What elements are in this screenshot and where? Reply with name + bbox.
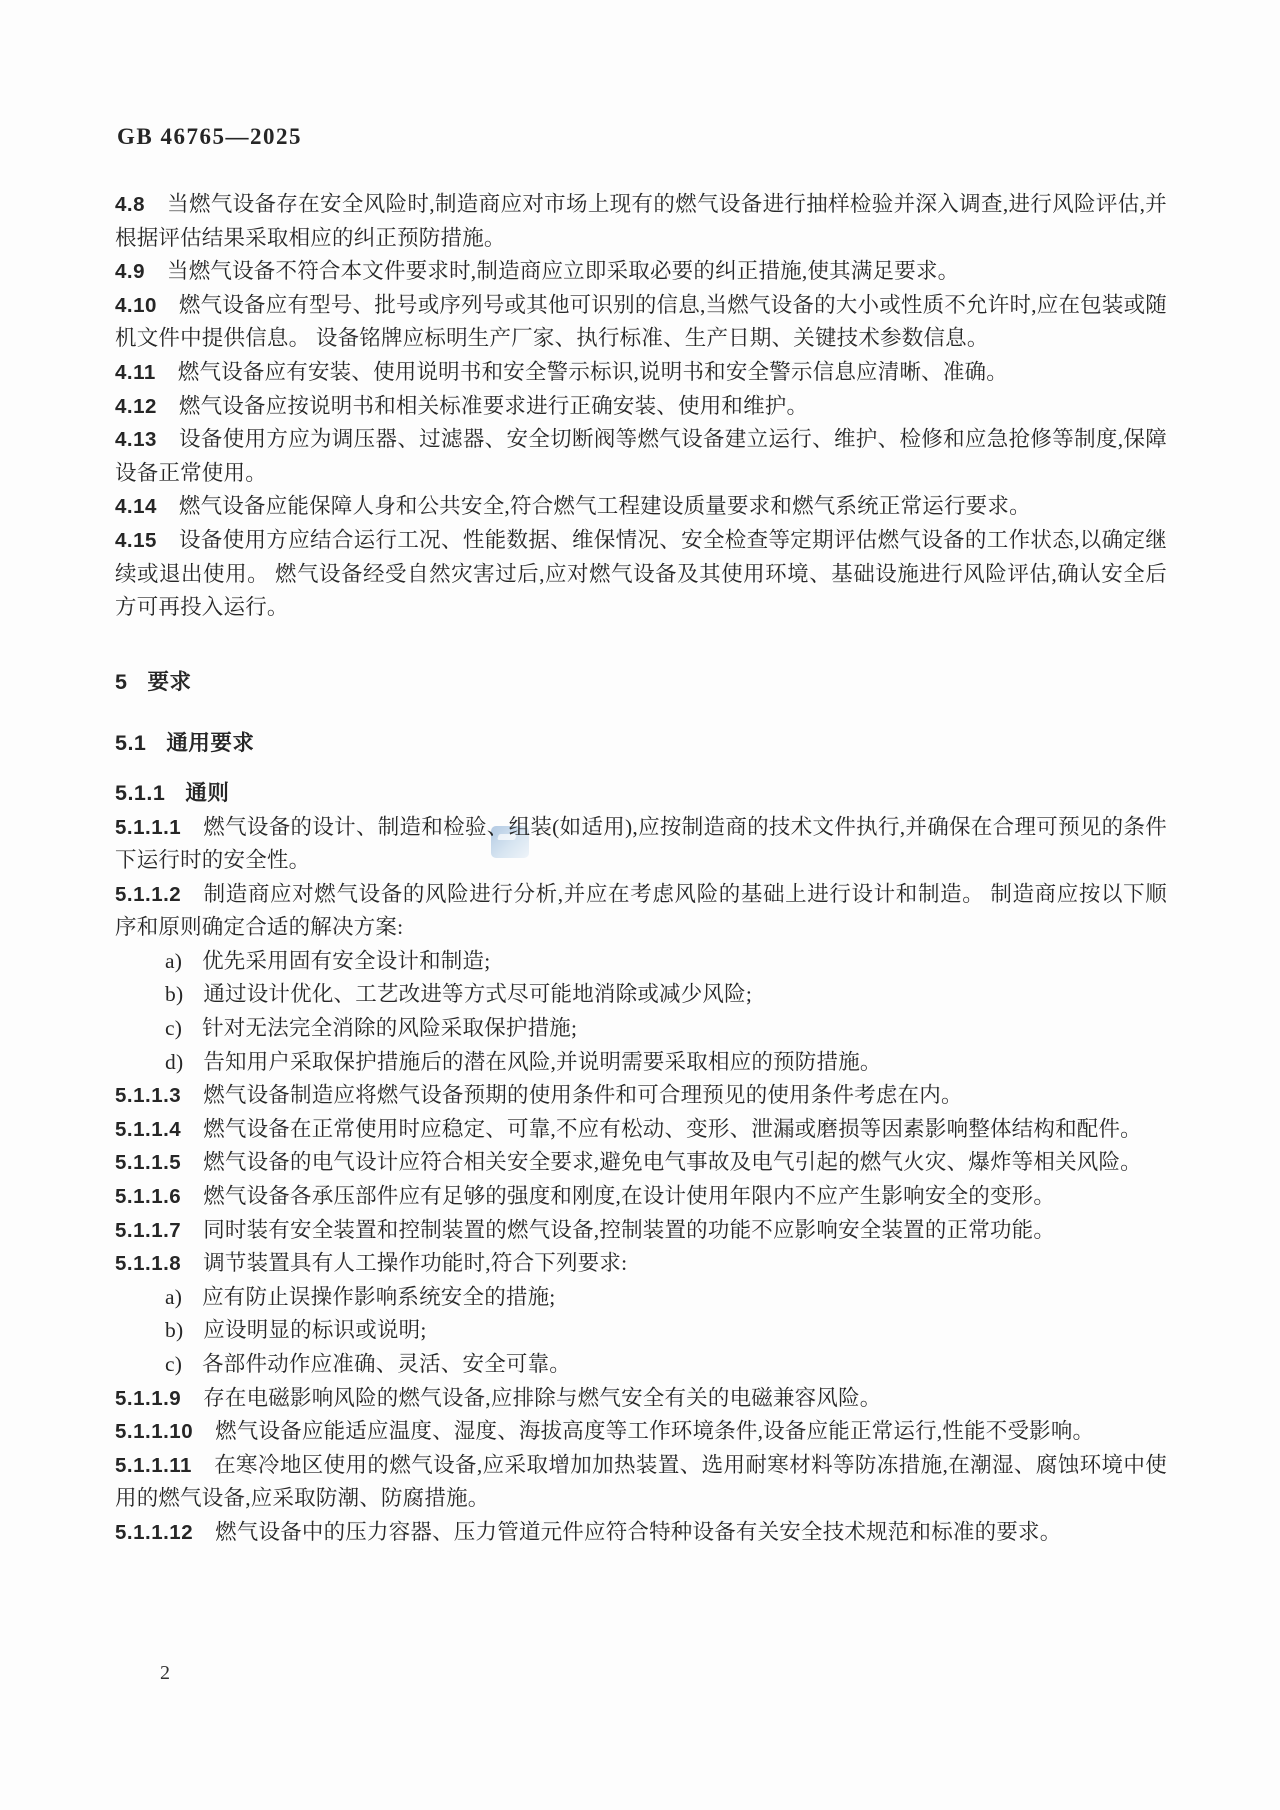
document-page: GB 46765—2025 4.8当燃气设备存在安全风险时,制造商应对市场上现有… (0, 0, 1280, 1810)
clause-text: 调节装置具有人工操作功能时,符合下列要求: (203, 1251, 627, 1275)
clause-4-15: 4.15设备使用方应结合运行工况、性能数据、维保情况、安全检查等定期评估燃气设备… (115, 524, 1167, 625)
document-body: 4.8当燃气设备存在安全风险时,制造商应对市场上现有的燃气设备进行抽样检验并深入… (115, 188, 1167, 1550)
clause-5-1-1-3: 5.1.1.3燃气设备制造应将燃气设备预期的使用条件和可合理预见的使用条件考虑在… (115, 1079, 1167, 1113)
list-item-c2: c)各部件动作应准确、灵活、安全可靠。 (115, 1348, 1167, 1382)
clause-number: 4.15 (115, 529, 179, 552)
clause-text: 燃气设备应能适应温度、湿度、海拔高度等工作环境条件,设备应能正常运行,性能不受影… (215, 1419, 1094, 1443)
clause-4-11: 4.11燃气设备应有安装、使用说明书和安全警示标识,说明书和安全警示信息应清晰、… (115, 356, 1167, 390)
list-item-text: 通过设计优化、工艺改进等方式尽可能地消除或减少风险; (203, 982, 752, 1006)
clause-number: 4.13 (115, 428, 179, 451)
clause-number: 5.1.1.2 (115, 883, 203, 906)
clause-4-13: 4.13设备使用方应为调压器、过滤器、安全切断阀等燃气设备建立运行、维护、检修和… (115, 423, 1167, 490)
clause-text: 燃气设备应能保障人身和公共安全,符合燃气工程建设质量要求和燃气系统正常运行要求。 (179, 494, 1031, 518)
list-item-text: 各部件动作应准确、灵活、安全可靠。 (202, 1352, 571, 1376)
clause-text: 设备使用方应结合运行工况、性能数据、维保情况、安全检查等定期评估燃气设备的工作状… (115, 528, 1167, 619)
clause-number: 5.1.1.12 (115, 1521, 215, 1544)
clause-text: 同时装有安全装置和控制装置的燃气设备,控制装置的功能不应影响安全装置的正常功能。 (203, 1218, 1055, 1242)
list-item-b2: b)应设明显的标识或说明; (115, 1314, 1167, 1348)
section-heading-5: 5要求 (115, 666, 1167, 700)
section-heading-5-1-1: 5.1.1通则 (115, 777, 1167, 811)
clause-number: 5.1.1.9 (115, 1387, 203, 1410)
list-item-label: d) (165, 1050, 203, 1074)
list-item-a2: a)应有防止误操作影响系统安全的措施; (115, 1281, 1167, 1315)
clause-text: 制造商应对燃气设备的风险进行分析,并应在考虑风险的基础上进行设计和制造。 制造商… (115, 882, 1167, 940)
clause-text: 燃气设备各承压部件应有足够的强度和刚度,在设计使用年限内不应产生影响安全的变形。 (203, 1184, 1055, 1208)
clause-text: 燃气设备应有型号、批号或序列号或其他可识别的信息,当燃气设备的大小或性质不允许时… (115, 293, 1167, 351)
clause-number: 4.8 (115, 193, 167, 216)
clause-text: 燃气设备的电气设计应符合相关安全要求,避免电气事故及电气引起的燃气火灾、爆炸等相… (203, 1150, 1142, 1174)
list-item-a: a)优先采用固有安全设计和制造; (115, 945, 1167, 979)
list-item-text: 针对无法完全消除的风险采取保护措施; (202, 1016, 577, 1040)
list-item-label: a) (165, 949, 202, 973)
clause-5-1-1-10: 5.1.1.10燃气设备应能适应温度、湿度、海拔高度等工作环境条件,设备应能正常… (115, 1415, 1167, 1449)
clause-number: 4.11 (115, 361, 178, 384)
clause-text: 在寒冷地区使用的燃气设备,应采取增加加热装置、选用耐寒材料等防冻措施,在潮湿、腐… (115, 1453, 1167, 1511)
clause-number: 5.1.1.6 (115, 1185, 203, 1208)
clause-4-8: 4.8当燃气设备存在安全风险时,制造商应对市场上现有的燃气设备进行抽样检验并深入… (115, 188, 1167, 255)
clause-number: 5.1.1.10 (115, 1420, 215, 1443)
clause-5-1-1-8: 5.1.1.8调节装置具有人工操作功能时,符合下列要求: (115, 1247, 1167, 1281)
list-item-b: b)通过设计优化、工艺改进等方式尽可能地消除或减少风险; (115, 978, 1167, 1012)
clause-number: 4.12 (115, 395, 179, 418)
clause-text: 存在电磁影响风险的燃气设备,应排除与燃气安全有关的电磁兼容风险。 (203, 1386, 881, 1410)
list-item-label: a) (165, 1285, 202, 1309)
clause-text: 燃气设备的设计、制造和检验、组装(如适用),应按制造商的技术文件执行,并确保在合… (115, 815, 1167, 873)
clause-number: 5.1.1.8 (115, 1252, 203, 1275)
section-number: 5.1 (115, 731, 166, 755)
clause-4-10: 4.10燃气设备应有型号、批号或序列号或其他可识别的信息,当燃气设备的大小或性质… (115, 289, 1167, 356)
section-title: 通用要求 (166, 731, 254, 755)
clause-text: 设备使用方应为调压器、过滤器、安全切断阀等燃气设备建立运行、维护、检修和应急抢修… (115, 427, 1167, 485)
list-item-c: c)针对无法完全消除的风险采取保护措施; (115, 1012, 1167, 1046)
clause-5-1-1-2: 5.1.1.2制造商应对燃气设备的风险进行分析,并应在考虑风险的基础上进行设计和… (115, 878, 1167, 945)
clause-text: 燃气设备中的压力容器、压力管道元件应符合特种设备有关安全技术规范和标准的要求。 (215, 1520, 1061, 1544)
list-item-text: 优先采用固有安全设计和制造; (202, 949, 490, 973)
standard-number: GB 46765—2025 (117, 124, 302, 150)
clause-text: 燃气设备应有安装、使用说明书和安全警示标识,说明书和安全警示信息应清晰、准确。 (178, 360, 1008, 384)
clause-number: 5.1.1.4 (115, 1118, 203, 1141)
clause-number: 5.1.1.1 (115, 816, 203, 839)
clause-5-1-1-1: 5.1.1.1燃气设备的设计、制造和检验、组装(如适用),应按制造商的技术文件执… (115, 811, 1167, 878)
list-item-text: 应有防止误操作影响系统安全的措施; (202, 1285, 555, 1309)
page-number: 2 (160, 1662, 170, 1685)
section-number: 5 (115, 670, 147, 694)
clause-number: 5.1.1.7 (115, 1219, 203, 1242)
clause-number: 5.1.1.11 (115, 1454, 214, 1477)
clause-number: 5.1.1.3 (115, 1084, 203, 1107)
clause-5-1-1-12: 5.1.1.12燃气设备中的压力容器、压力管道元件应符合特种设备有关安全技术规范… (115, 1516, 1167, 1550)
clause-5-1-1-9: 5.1.1.9存在电磁影响风险的燃气设备,应排除与燃气安全有关的电磁兼容风险。 (115, 1382, 1167, 1416)
clause-number: 4.14 (115, 495, 179, 518)
list-item-text: 应设明显的标识或说明; (203, 1318, 426, 1342)
clause-5-1-1-11: 5.1.1.11在寒冷地区使用的燃气设备,应采取增加加热装置、选用耐寒材料等防冻… (115, 1449, 1167, 1516)
clause-text: 燃气设备制造应将燃气设备预期的使用条件和可合理预见的使用条件考虑在内。 (203, 1083, 963, 1107)
section-title: 要求 (147, 670, 191, 694)
list-item-d: d)告知用户采取保护措施后的潜在风险,并说明需要采取相应的预防措施。 (115, 1046, 1167, 1080)
clause-text: 当燃气设备不符合本文件要求时,制造商应立即采取必要的纠正措施,使其满足要求。 (167, 259, 959, 283)
clause-text: 当燃气设备存在安全风险时,制造商应对市场上现有的燃气设备进行抽样检验并深入调查,… (115, 192, 1167, 250)
list-item-text: 告知用户采取保护措施后的潜在风险,并说明需要采取相应的预防措施。 (203, 1050, 881, 1074)
clause-5-1-1-5: 5.1.1.5燃气设备的电气设计应符合相关安全要求,避免电气事故及电气引起的燃气… (115, 1146, 1167, 1180)
clause-5-1-1-4: 5.1.1.4燃气设备在正常使用时应稳定、可靠,不应有松动、变形、泄漏或磨损等因… (115, 1113, 1167, 1147)
section-title: 通则 (185, 781, 229, 805)
list-item-label: c) (165, 1352, 202, 1376)
clause-4-9: 4.9当燃气设备不符合本文件要求时,制造商应立即采取必要的纠正措施,使其满足要求… (115, 255, 1167, 289)
clause-number: 5.1.1.5 (115, 1151, 203, 1174)
list-item-label: b) (165, 982, 203, 1006)
section-heading-5-1: 5.1通用要求 (115, 727, 1167, 761)
clause-4-12: 4.12燃气设备应按说明书和相关标准要求进行正确安装、使用和维护。 (115, 390, 1167, 424)
clause-number: 4.10 (115, 294, 179, 317)
list-item-label: c) (165, 1016, 202, 1040)
clause-4-14: 4.14燃气设备应能保障人身和公共安全,符合燃气工程建设质量要求和燃气系统正常运… (115, 490, 1167, 524)
clause-5-1-1-6: 5.1.1.6燃气设备各承压部件应有足够的强度和刚度,在设计使用年限内不应产生影… (115, 1180, 1167, 1214)
section-number: 5.1.1 (115, 781, 185, 805)
clause-text: 燃气设备在正常使用时应稳定、可靠,不应有松动、变形、泄漏或磨损等因素影响整体结构… (203, 1117, 1142, 1141)
clause-5-1-1-7: 5.1.1.7同时装有安全装置和控制装置的燃气设备,控制装置的功能不应影响安全装… (115, 1214, 1167, 1248)
clause-text: 燃气设备应按说明书和相关标准要求进行正确安装、使用和维护。 (179, 394, 808, 418)
list-item-label: b) (165, 1318, 203, 1342)
clause-number: 4.9 (115, 260, 167, 283)
